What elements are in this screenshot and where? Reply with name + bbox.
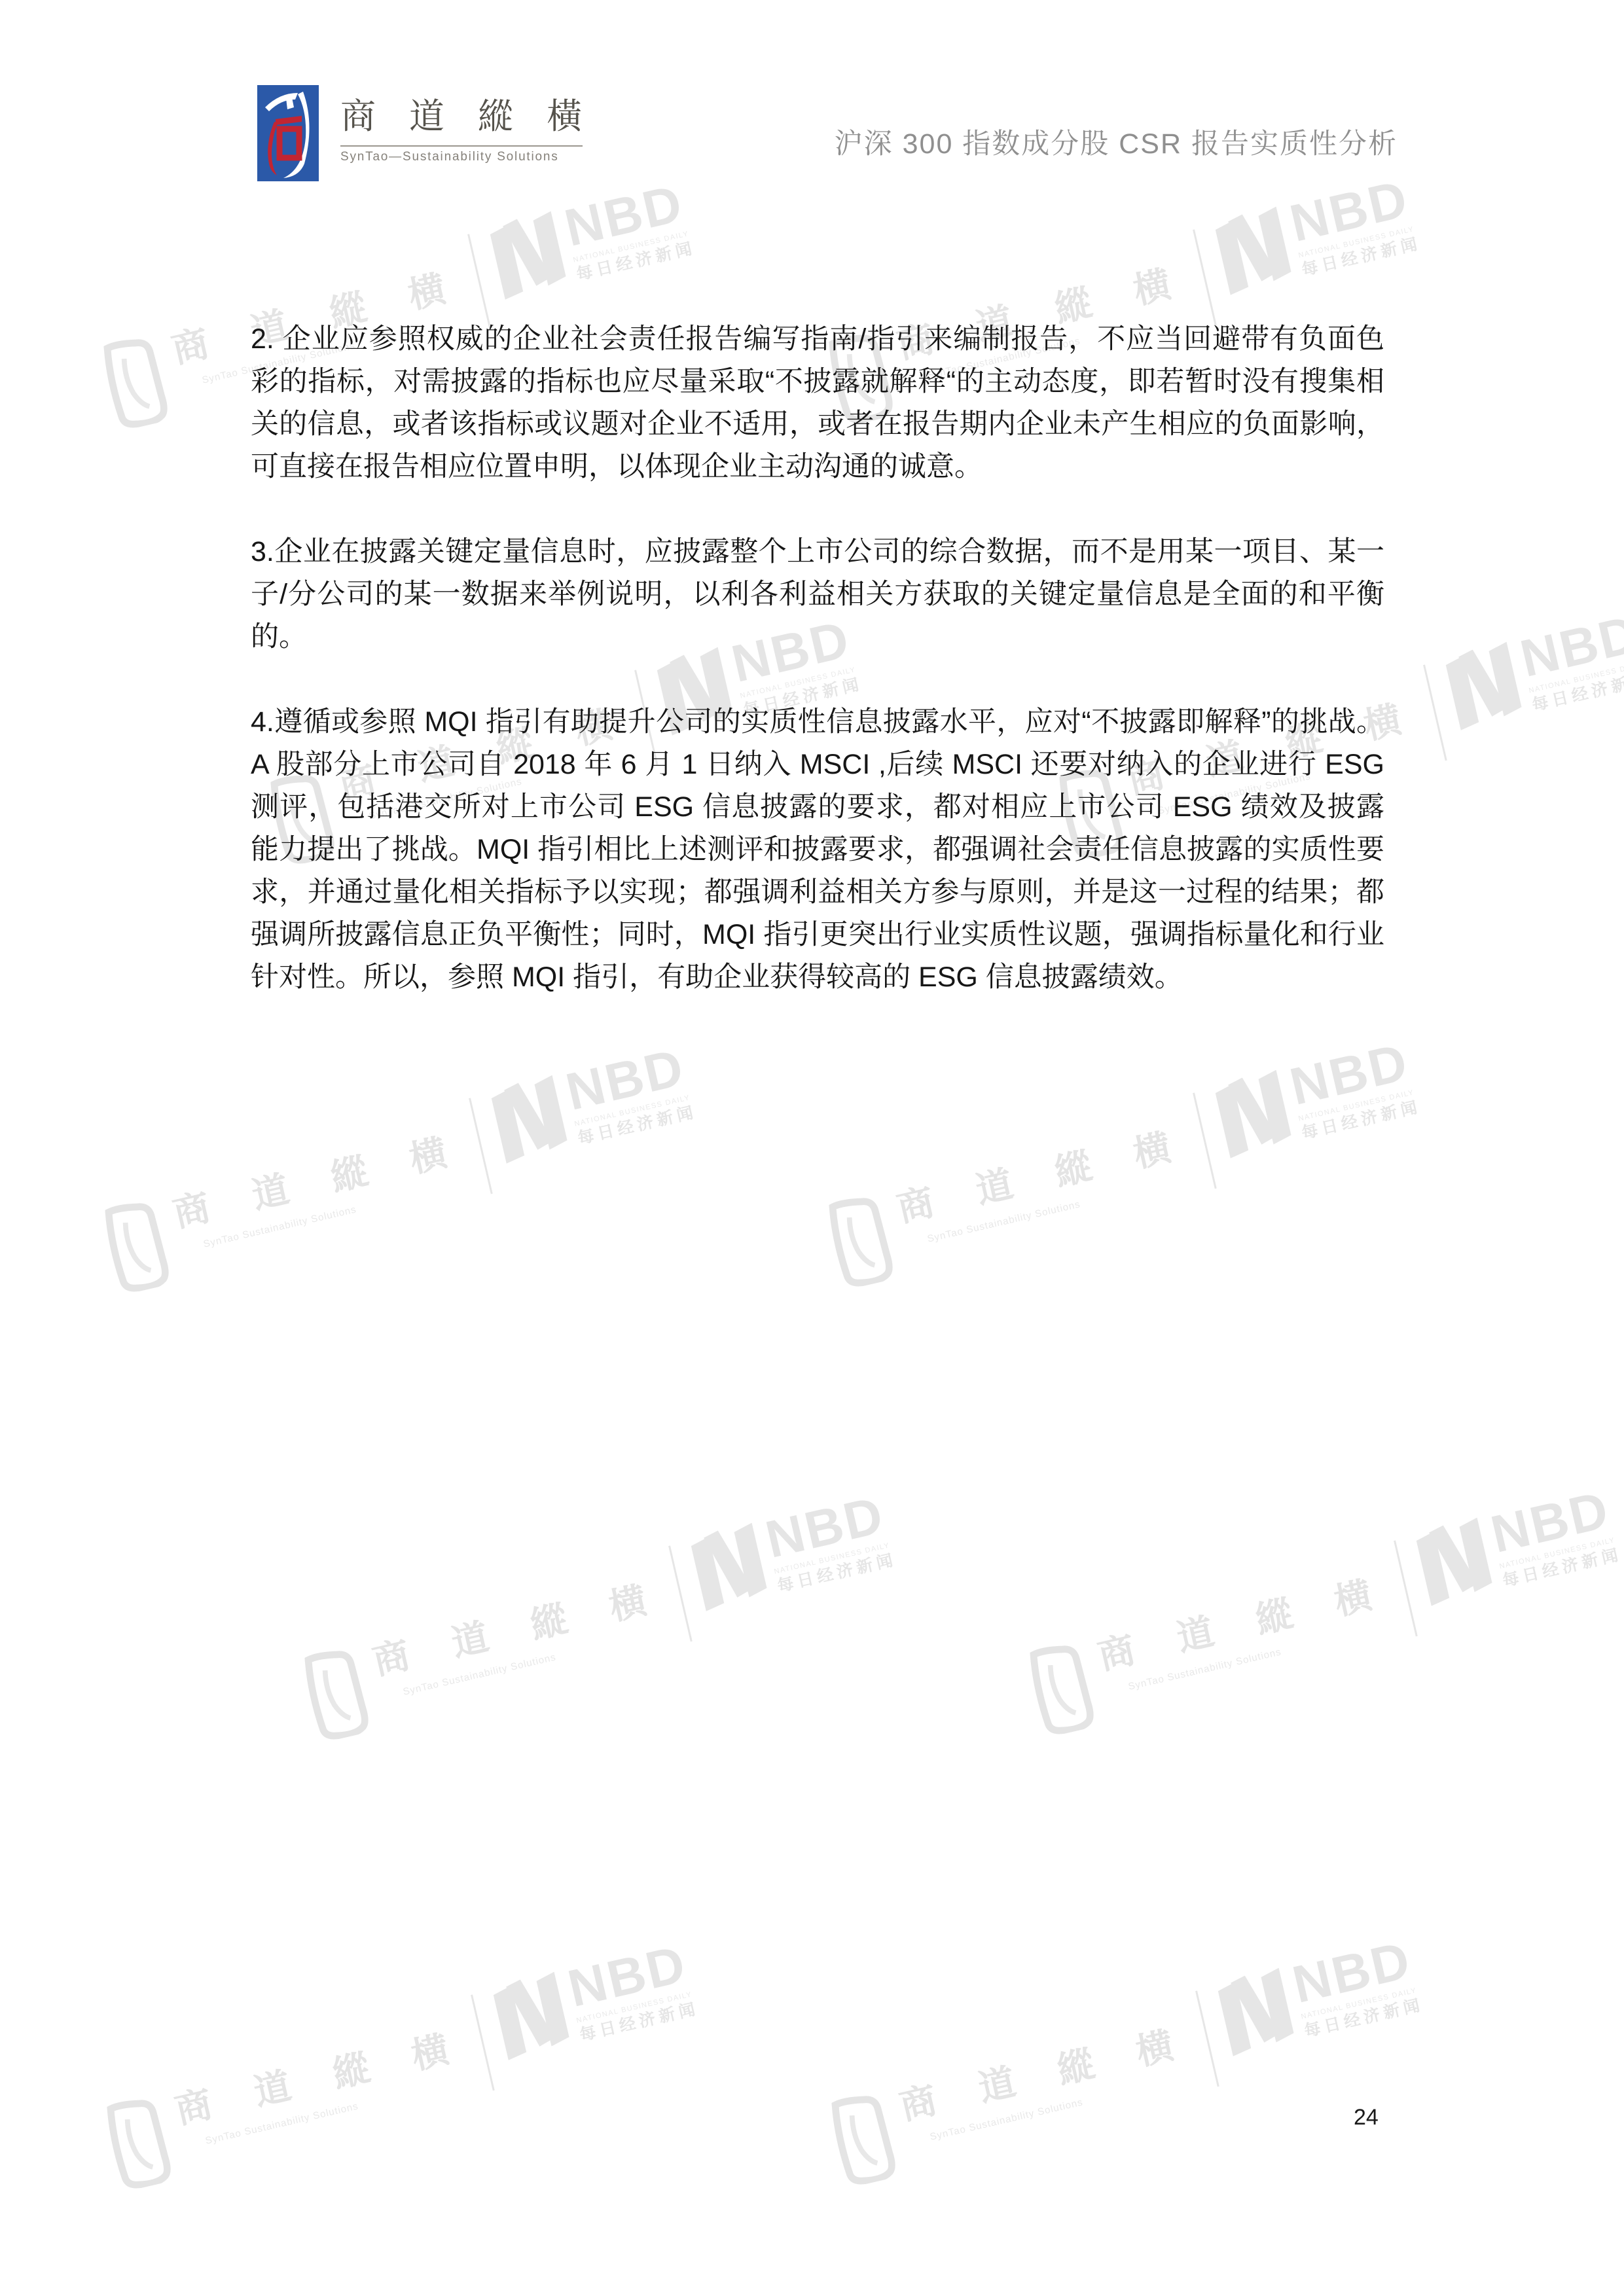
nbd-watermark-text: NBD — [1487, 1482, 1617, 1561]
watermark-divider-bar — [471, 1995, 495, 2091]
nbd-watermark-text: NBD — [761, 1488, 892, 1566]
watermark-brand-block: 商 道 縱 横 SynTao Sustainability Solutions — [892, 1115, 1196, 1249]
syntao-logo-mark-icon — [257, 85, 319, 181]
nbd-n-watermark-icon — [489, 1075, 570, 1164]
paragraph-4: 4.遵循或参照 MQI 指引有助提升公司的实质性信息披露水平，应对“不披露即解释… — [251, 701, 1384, 999]
watermark-divider-bar — [469, 1098, 493, 1194]
watermark-divider-bar — [1193, 230, 1217, 326]
nbd-watermark-subtitle-en: NATIONAL BUSINESS DAILY — [574, 1094, 695, 1128]
watermark-brand-block: 商 道 縱 横 SynTao Sustainability Solutions — [367, 1568, 672, 1702]
nbd-watermark-block: NBD NATIONAL BUSINESS DAILY 每日经济新闻 — [1286, 171, 1422, 279]
nbd-n-watermark-icon — [1443, 641, 1525, 731]
syntao-seal-watermark-icon — [101, 2093, 177, 2193]
nbd-watermark-text: NBD — [1286, 1035, 1416, 1113]
nbd-n-watermark-icon — [689, 1522, 770, 1612]
watermark-group: 商 道 縱 横 SynTao Sustainability Solutions … — [820, 1050, 1363, 1272]
syntao-logo: 商道縱橫 SynTao—Sustainability Solutions — [257, 85, 615, 181]
nbd-watermark-subtitle-cn: 每日经济新闻 — [576, 1104, 698, 1147]
watermark-brand-cn: 商 道 縱 横 — [892, 1115, 1192, 1232]
logo-text-block: 商道縱橫 SynTao—Sustainability Solutions — [340, 85, 615, 181]
watermark-brand-en: SynTao Sustainability Solutions — [204, 2074, 474, 2147]
watermark-brand-block: 商 道 縱 横 SynTao Sustainability Solutions — [170, 2017, 474, 2151]
watermark-brand-block: 商 道 縱 横 SynTao Sustainability Solutions — [894, 2013, 1199, 2147]
watermark-divider-bar — [467, 234, 492, 331]
nbd-watermark-subtitle-en: NATIONAL BUSINESS DAILY — [1499, 1536, 1619, 1571]
nbd-watermark-block: NBD NATIONAL BUSINESS DAILY 每日经济新闻 — [560, 176, 697, 283]
watermark-divider-bar — [1394, 1541, 1418, 1637]
watermark-row: 商 道 縱 横 SynTao Sustainability Solutions … — [291, 1496, 871, 1732]
logo-brand-name: 商道縱橫 — [340, 98, 615, 135]
nbd-watermark-text: NBD — [1516, 607, 1624, 685]
watermark-divider-bar — [1193, 1093, 1217, 1189]
nbd-watermark-subtitle-cn: 每日经济新闻 — [578, 2001, 700, 2044]
nbd-watermark-subtitle-en: NATIONAL BUSINESS DAILY — [1298, 1088, 1418, 1123]
page-number: 24 — [1354, 2105, 1379, 2130]
nbd-watermark-block: NBD NATIONAL BUSINESS DAILY 每日经济新闻 — [562, 1040, 698, 1147]
nbd-watermark-subtitle-cn: 每日经济新闻 — [1501, 1547, 1623, 1590]
watermark-brand-block: 商 道 縱 横 SynTao Sustainability Solutions — [1092, 1562, 1397, 1697]
nbd-watermark-text: NBD — [560, 176, 691, 255]
nbd-n-watermark-icon — [1216, 1967, 1297, 2057]
watermark-brand-cn: 商 道 縱 横 — [1092, 1562, 1393, 1680]
watermark-brand-cn: 商 道 縱 横 — [367, 1568, 668, 1685]
syntao-seal-watermark-icon — [825, 2089, 901, 2189]
syntao-seal-watermark-icon — [99, 1196, 175, 1296]
watermark-brand-cn: 商 道 縱 横 — [168, 1120, 468, 1238]
watermark-divider-bar — [1195, 1991, 1219, 2087]
watermark-divider-bar — [1423, 665, 1447, 761]
nbd-watermark-text: NBD — [1288, 1933, 1418, 2011]
logo-tagline: SynTao—Sustainability Solutions — [340, 150, 615, 164]
running-header-title: 沪深 300 指数成分股 CSR 报告实质性分析 — [835, 122, 1398, 162]
nbd-watermark-block: NBD NATIONAL BUSINESS DAILY 每日经济新闻 — [1288, 1933, 1425, 2040]
nbd-watermark-subtitle-cn: 每日经济新闻 — [1530, 671, 1624, 714]
watermark-row: 商 道 縱 横 SynTao Sustainability Solutions … — [1016, 1490, 1596, 1727]
nbd-watermark-block: NBD NATIONAL BUSINESS DAILY 每日经济新闻 — [1516, 607, 1624, 714]
nbd-n-watermark-icon — [488, 211, 569, 300]
nbd-watermark-subtitle-cn: 每日经济新闻 — [575, 240, 697, 283]
nbd-watermark-block: NBD NATIONAL BUSINESS DAILY 每日经济新闻 — [761, 1488, 898, 1595]
watermark-brand-en: SynTao Sustainability Solutions — [929, 2070, 1199, 2143]
syntao-seal-watermark-icon — [98, 332, 173, 432]
syntao-seal-watermark-icon — [298, 1644, 374, 1744]
logo-divider-line — [340, 145, 583, 147]
nbd-n-watermark-icon — [1213, 206, 1294, 296]
body-text-block: 2. 企业应参照权威的企业社会责任报告编写指南/指引来编制报告，不应当回避带有负… — [251, 318, 1384, 1041]
watermark-group: 商 道 縱 横 SynTao Sustainability Solutions … — [98, 1952, 641, 2174]
watermark-brand-en: SynTao Sustainability Solutions — [926, 1172, 1196, 1245]
watermark-divider-bar — [668, 1546, 693, 1642]
paragraph-3: 3.企业在披露关键定量信息时，应披露整个上市公司的综合数据，而不是用某一项目、某… — [251, 531, 1384, 658]
nbd-n-watermark-icon — [1213, 1069, 1294, 1159]
nbd-n-watermark-icon — [491, 1971, 572, 2061]
watermark-brand-en: SynTao Sustainability Solutions — [1127, 1620, 1397, 1693]
watermark-row: 商 道 縱 横 SynTao Sustainability Solutions … — [91, 1048, 671, 1284]
nbd-watermark-text: NBD — [1286, 171, 1416, 250]
nbd-watermark-subtitle-en: NATIONAL BUSINESS DAILY — [573, 230, 693, 264]
nbd-watermark-subtitle-en: NATIONAL BUSINESS DAILY — [774, 1541, 894, 1576]
watermark-group: 商 道 縱 横 SynTao Sustainability Solutions … — [1021, 1498, 1564, 1720]
watermark-brand-cn: 商 道 縱 横 — [170, 2017, 470, 2134]
document-page: 商 道 縱 横 SynTao Sustainability Solutions … — [0, 0, 1624, 2296]
watermark-brand-cn: 商 道 縱 横 — [894, 2013, 1195, 2130]
nbd-watermark-subtitle-cn: 每日经济新闻 — [776, 1552, 898, 1595]
paragraph-2: 2. 企业应参照权威的企业社会责任报告编写指南/指引来编制报告，不应当回避带有负… — [251, 318, 1384, 488]
watermark-group: 商 道 縱 横 SynTao Sustainability Solutions … — [296, 1503, 839, 1725]
watermark-brand-en: SynTao Sustainability Solutions — [202, 1177, 472, 1250]
watermark-row: 商 道 縱 横 SynTao Sustainability Solutions … — [815, 1043, 1395, 1279]
nbd-n-watermark-icon — [1414, 1517, 1495, 1607]
nbd-watermark-block: NBD NATIONAL BUSINESS DAILY 每日经济新闻 — [1286, 1035, 1422, 1142]
nbd-watermark-block: NBD NATIONAL BUSINESS DAILY 每日经济新闻 — [1487, 1482, 1623, 1590]
nbd-watermark-subtitle-cn: 每日经济新闻 — [1303, 1997, 1425, 2040]
watermark-group: 商 道 縱 横 SynTao Sustainability Solutions … — [823, 1948, 1366, 2170]
watermark-brand-block: 商 道 縱 横 SynTao Sustainability Solutions — [168, 1120, 472, 1255]
nbd-watermark-text: NBD — [564, 1937, 694, 2015]
watermark-brand-en: SynTao Sustainability Solutions — [402, 1625, 672, 1698]
nbd-watermark-block: NBD NATIONAL BUSINESS DAILY 每日经济新闻 — [564, 1937, 700, 2044]
watermark-row: 商 道 縱 横 SynTao Sustainability Solutions … — [818, 1941, 1398, 2177]
nbd-watermark-subtitle-cn: 每日经济新闻 — [1300, 236, 1422, 279]
nbd-watermark-subtitle-en: NATIONAL BUSINESS DAILY — [1298, 225, 1418, 260]
watermark-row: 商 道 縱 横 SynTao Sustainability Solutions … — [93, 1945, 673, 2181]
nbd-watermark-subtitle-en: NATIONAL BUSINESS DAILY — [1528, 660, 1624, 695]
nbd-watermark-subtitle-en: NATIONAL BUSINESS DAILY — [1301, 1986, 1421, 2021]
watermark-group: 商 道 縱 横 SynTao Sustainability Solutions … — [96, 1055, 640, 1278]
syntao-seal-watermark-icon — [1024, 1639, 1100, 1738]
nbd-watermark-text: NBD — [562, 1040, 692, 1119]
syntao-seal-watermark-icon — [823, 1191, 899, 1291]
nbd-watermark-subtitle-cn: 每日经济新闻 — [1300, 1099, 1422, 1142]
nbd-watermark-subtitle-en: NATIONAL BUSINESS DAILY — [576, 1990, 696, 2025]
